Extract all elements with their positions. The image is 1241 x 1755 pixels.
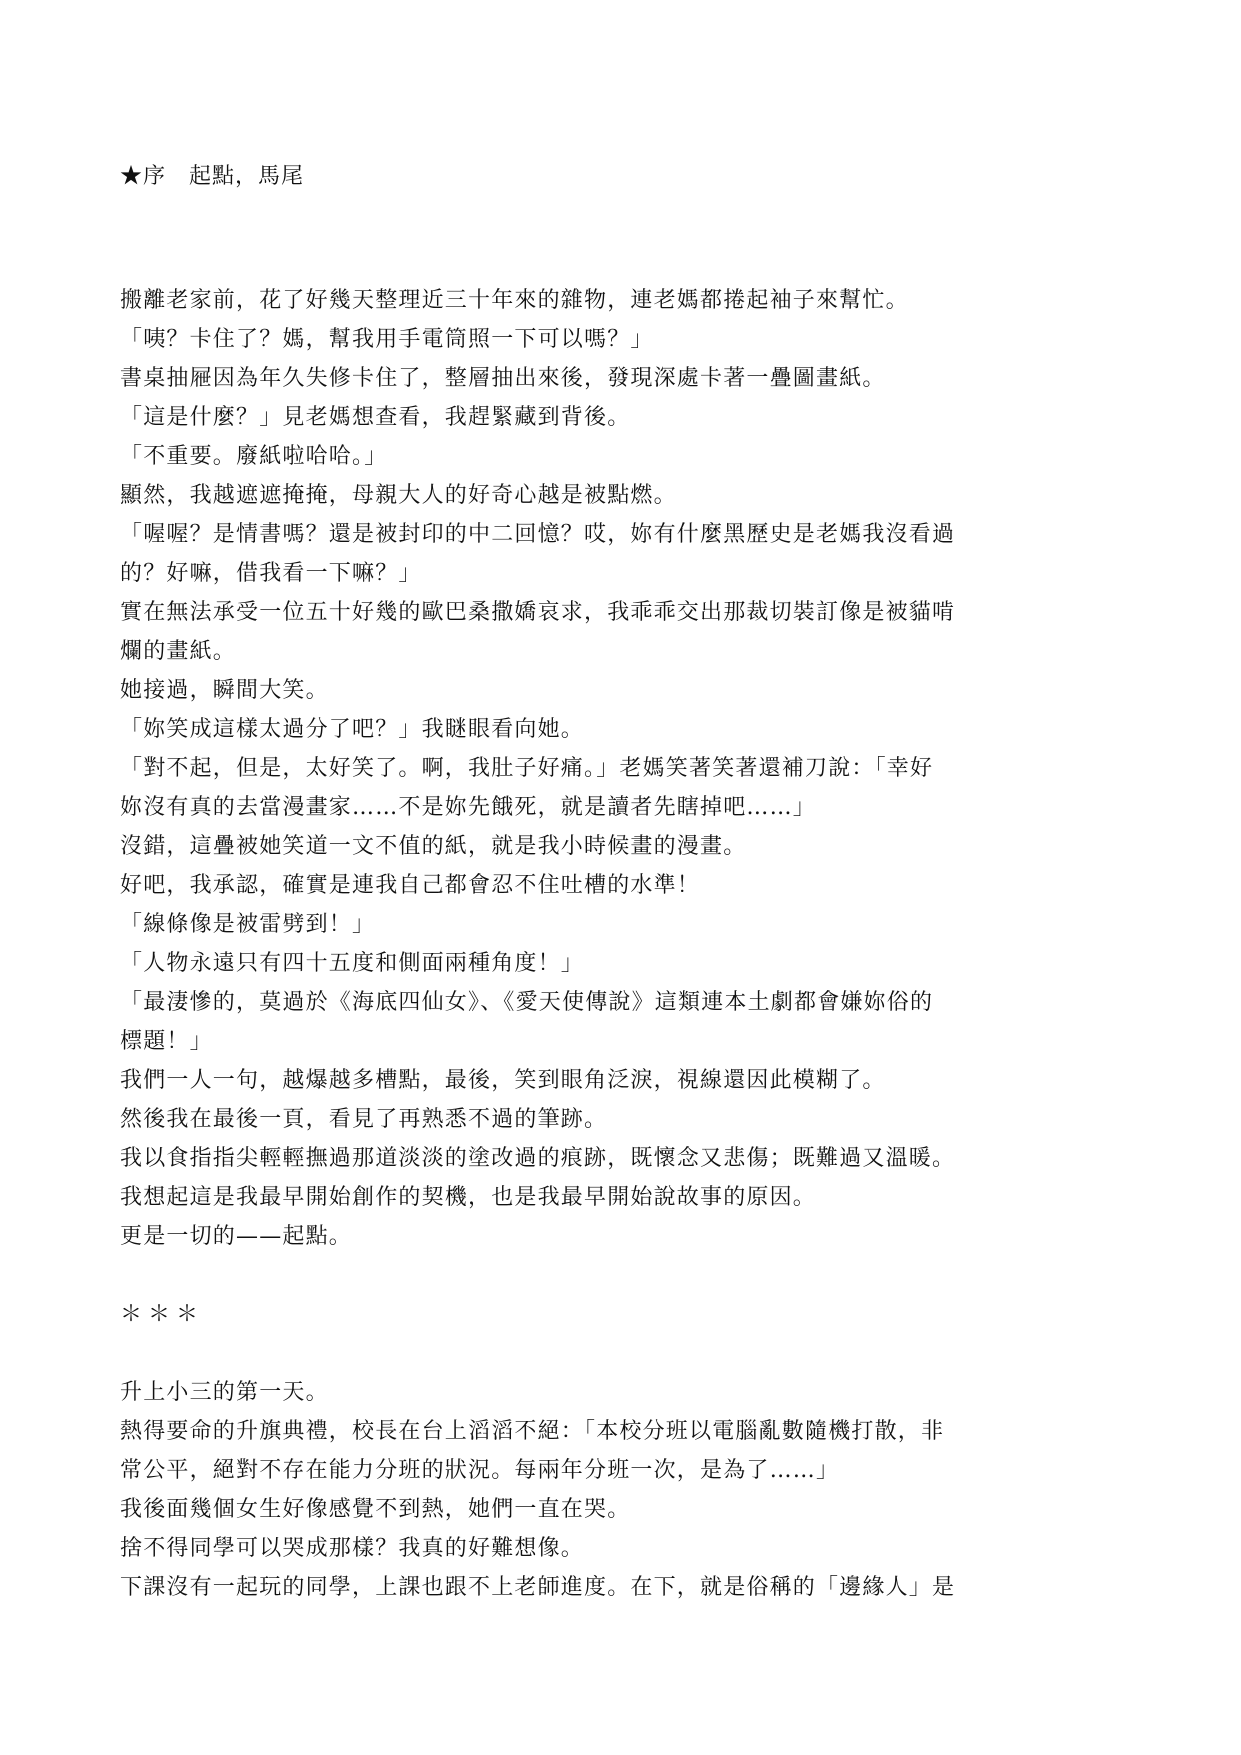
paragraph-line: 她接過，瞬間大笑。 <box>120 671 1130 710</box>
paragraph-line: 「這是什麼？」見老媽想查看，我趕緊藏到背後。 <box>120 398 1130 437</box>
blank-line <box>120 1334 1130 1373</box>
paragraph-line: 捨不得同學可以哭成那樣？我真的好難想像。 <box>120 1529 1130 1568</box>
paragraph-line: 「喔喔？是情書嗎？還是被封印的中二回憶？哎，妳有什麼黑歷史是老媽我沒看過 <box>120 515 1130 554</box>
paragraph-line: 好吧，我承認，確實是連我自己都會忍不住吐槽的水準！ <box>120 866 1130 905</box>
paragraph-line: 我想起這是我最早開始創作的契機，也是我最早開始說故事的原因。 <box>120 1178 1130 1217</box>
paragraph-line: 升上小三的第一天。 <box>120 1373 1130 1412</box>
paragraph-line: 更是一切的——起點。 <box>120 1217 1130 1256</box>
chapter-title: ★序 起點，馬尾 <box>120 162 304 192</box>
paragraph-line: 熱得要命的升旗典禮，校長在台上滔滔不絕：「本校分班以電腦亂數隨機打散，非 <box>120 1412 1130 1451</box>
paragraph-line: 「對不起，但是，太好笑了。啊，我肚子好痛。」老媽笑著笑著還補刀說：「幸好 <box>120 749 1130 788</box>
section-separator: ＊＊＊ <box>120 1295 1130 1334</box>
paragraph-line: 我以食指指尖輕輕撫過那道淡淡的塗改過的痕跡，既懷念又悲傷；既難過又溫暖。 <box>120 1139 1130 1178</box>
paragraph-line: 「咦？卡住了？媽，幫我用手電筒照一下可以嗎？」 <box>120 320 1130 359</box>
paragraph-line: 我們一人一句，越爆越多槽點，最後，笑到眼角泛淚，視線還因此模糊了。 <box>120 1061 1130 1100</box>
paragraph-line: 我後面幾個女生好像感覺不到熱，她們一直在哭。 <box>120 1490 1130 1529</box>
body-text: 搬離老家前，花了好幾天整理近三十年來的雜物，連老媽都捲起袖子來幫忙。 「咦？卡住… <box>120 281 1130 1607</box>
paragraph-line: 「線條像是被雷劈到！」 <box>120 905 1130 944</box>
paragraph-line: 標題！」 <box>120 1022 1130 1061</box>
paragraph-line: 「不重要。廢紙啦哈哈。」 <box>120 437 1130 476</box>
paragraph-line: 「最淒慘的，莫過於《海底四仙女》、《愛天使傳說》這類連本土劇都會嫌妳俗的 <box>120 983 1130 1022</box>
paragraph-line: 然後我在最後一頁，看見了再熟悉不過的筆跡。 <box>120 1100 1130 1139</box>
blank-line <box>120 1256 1130 1295</box>
paragraph-line: 書桌抽屜因為年久失修卡住了，整層抽出來後，發現深處卡著一疊圖畫紙。 <box>120 359 1130 398</box>
paragraph-line: 下課沒有一起玩的同學，上課也跟不上老師進度。在下，就是俗稱的「邊緣人」是 <box>120 1568 1130 1607</box>
document-page: ★序 起點，馬尾 搬離老家前，花了好幾天整理近三十年來的雜物，連老媽都捲起袖子來… <box>0 0 1241 1755</box>
paragraph-line: 實在無法承受一位五十好幾的歐巴桑撒嬌哀求，我乖乖交出那裁切裝訂像是被貓啃 <box>120 593 1130 632</box>
paragraph-line: 沒錯，這疊被她笑道一文不值的紙，就是我小時候畫的漫畫。 <box>120 827 1130 866</box>
paragraph-line: 「人物永遠只有四十五度和側面兩種角度！」 <box>120 944 1130 983</box>
paragraph-line: 的？好嘛，借我看一下嘛？」 <box>120 554 1130 593</box>
paragraph-line: 「妳笑成這樣太過分了吧？」我瞇眼看向她。 <box>120 710 1130 749</box>
paragraph-line: 妳沒有真的去當漫畫家……不是妳先餓死，就是讀者先瞎掉吧……」 <box>120 788 1130 827</box>
paragraph-line: 顯然，我越遮遮掩掩，母親大人的好奇心越是被點燃。 <box>120 476 1130 515</box>
paragraph-line: 常公平，絕對不存在能力分班的狀況。每兩年分班一次，是為了……」 <box>120 1451 1130 1490</box>
paragraph-line: 搬離老家前，花了好幾天整理近三十年來的雜物，連老媽都捲起袖子來幫忙。 <box>120 281 1130 320</box>
paragraph-line: 爛的畫紙。 <box>120 632 1130 671</box>
